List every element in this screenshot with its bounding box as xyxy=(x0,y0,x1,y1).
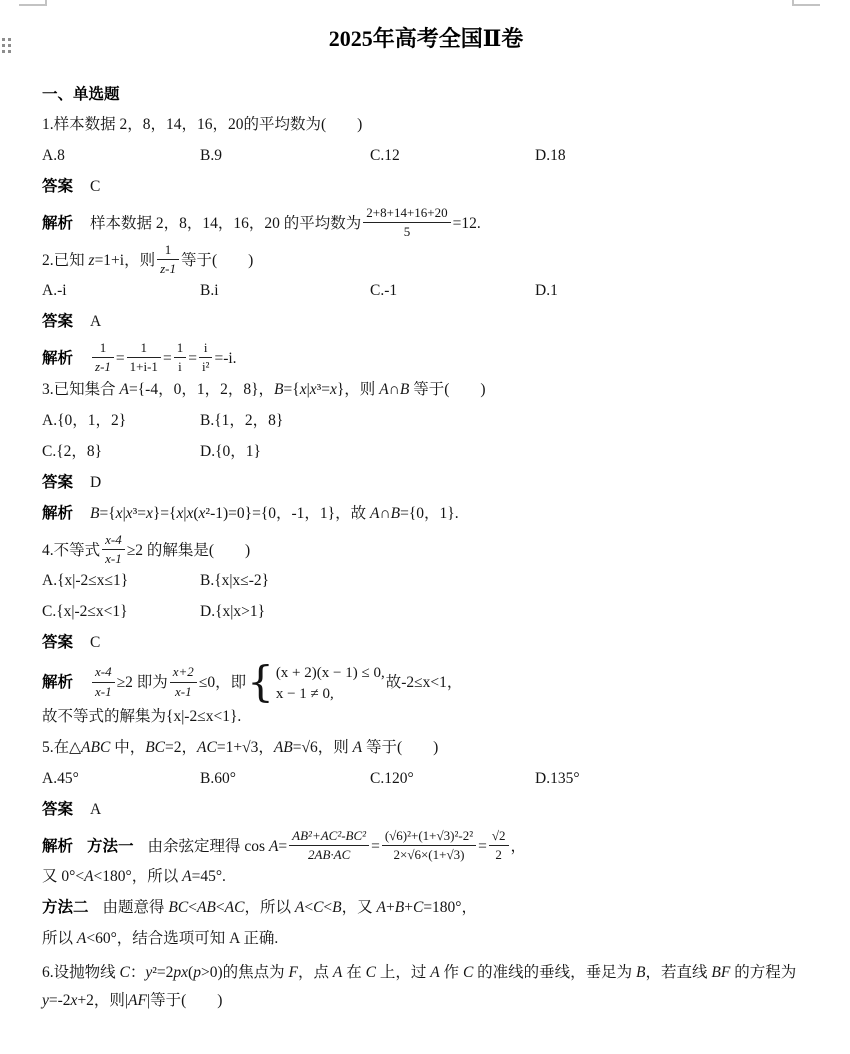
text-run: <60°，结合选项可知 A 正确. xyxy=(86,930,278,947)
text-run: ，又 xyxy=(342,899,377,916)
q1-answer: 答案C xyxy=(42,176,810,198)
text-run: <180°，所以 xyxy=(94,868,183,885)
q3-answer: 答案D xyxy=(42,472,810,494)
text-run: ={0，1}. xyxy=(400,505,459,522)
fraction-denominator: i² xyxy=(199,358,213,374)
analysis-text: 由余弦定理得 cos A= xyxy=(148,838,288,855)
text-run: x xyxy=(116,505,123,522)
text-run: }，则 xyxy=(337,381,379,398)
text-run: x xyxy=(300,381,307,398)
fraction-numerator: √2 xyxy=(489,828,509,846)
text-run: + xyxy=(386,899,395,916)
analysis-label: 解析 xyxy=(42,215,73,232)
text-run: A∩B xyxy=(370,505,400,522)
method2-label: 方法二 xyxy=(42,899,89,916)
fraction: 2+8+14+16+205 xyxy=(363,205,450,240)
text-run: 上，过 xyxy=(376,964,430,981)
text-run: AB xyxy=(197,899,216,916)
option-a: A.8 xyxy=(42,145,200,167)
option-d: D.{x|x>1} xyxy=(200,601,810,623)
analysis-text: 故-2≤x<1， xyxy=(386,674,463,691)
analysis-text: =12. xyxy=(453,215,481,232)
text-run: C xyxy=(313,899,323,916)
option-d: D.18 xyxy=(535,145,810,167)
fraction-numerator: AB²+AC²-BC² xyxy=(289,828,369,846)
q3-options-row1: A.{0，1，2} B.{1，2，8} xyxy=(42,410,810,432)
analysis-label: 解析 xyxy=(42,350,73,367)
text-run: A xyxy=(120,381,129,398)
stem-text: 4.不等式 xyxy=(42,542,100,559)
fraction: 1z-1 xyxy=(157,242,179,277)
text-run: 中， xyxy=(110,739,145,756)
fraction-numerator: i xyxy=(199,340,213,358)
text-run: + xyxy=(404,899,413,916)
fraction-numerator: (√6)²+(1+√3)²-2² xyxy=(382,828,476,846)
text-run: 6.设抛物线 xyxy=(42,964,120,981)
text-run: x xyxy=(310,381,317,398)
fraction-denominator: x-1 xyxy=(92,683,115,699)
text-run: ，点 xyxy=(298,964,333,981)
text-run: B xyxy=(274,381,283,398)
text-run: 等于( ) xyxy=(409,381,485,398)
text-run: }={ xyxy=(153,505,177,522)
answer-value: C xyxy=(90,178,100,195)
page-title: 2025年高考全国Ⅱ卷 xyxy=(42,24,810,54)
text-run: B xyxy=(332,899,341,916)
fraction-denominator: 2×√6×(1+√3) xyxy=(382,846,476,862)
answer-label: 答案 xyxy=(42,178,73,195)
answer-label: 答案 xyxy=(42,634,73,651)
answer-label: 答案 xyxy=(42,801,73,818)
text-run: ： xyxy=(130,964,146,981)
text-run: 作 xyxy=(440,964,463,981)
fraction-denominator: x-1 xyxy=(102,550,125,566)
fraction: 11+i-1 xyxy=(127,340,161,375)
text-run: =-2 xyxy=(49,992,71,1009)
text-run: 5.在△ xyxy=(42,739,81,756)
text-run: 3.已知集合 xyxy=(42,381,120,398)
analysis-text: B={x|x³=x}={x|x(x²-1)=0}={0，-1，1}，故 A∩B=… xyxy=(90,505,459,522)
text-run: A xyxy=(84,868,93,885)
q4-options-row1: A.{x|-2≤x≤1} B.{x|x≤-2} xyxy=(42,570,810,592)
text-run: |等于( ) xyxy=(147,992,222,1009)
option-b: B.9 xyxy=(200,145,370,167)
fraction: √22 xyxy=(489,828,509,863)
text-run: A xyxy=(353,739,362,756)
text-run: < xyxy=(188,899,197,916)
text-run: ，所以 xyxy=(244,899,294,916)
fraction-denominator: i xyxy=(174,358,187,374)
text-run: A xyxy=(182,868,191,885)
answer-label: 答案 xyxy=(42,313,73,330)
fraction-numerator: 1 xyxy=(174,340,187,358)
fraction-numerator: 1 xyxy=(127,340,161,358)
text-run: 由余弦定理得 cos xyxy=(148,838,269,855)
text-run: 又 0°< xyxy=(42,868,84,885)
text-run: ABC xyxy=(81,739,110,756)
equals-sign: = xyxy=(116,350,125,367)
text-run: A xyxy=(77,930,86,947)
q4-answer: 答案C xyxy=(42,632,810,654)
fraction: 1i xyxy=(174,340,187,375)
text-run: p xyxy=(193,964,201,981)
q4-analysis: 解析x-4x-1≥2 即为x+2x-1≤0，即{(x + 2)(x − 1) ≤… xyxy=(42,663,810,704)
equals-sign: = xyxy=(371,838,380,855)
q3-stem: 3.已知集合 A={-4，0，1，2，8}，B={x|x³=x}，则 A∩B 等… xyxy=(42,379,810,401)
analysis-text: ≥2 即为 xyxy=(117,674,168,691)
q4-analysis-line2: 故不等式的解集为{x|-2≤x<1}. xyxy=(42,706,810,728)
text-run: BC xyxy=(168,899,188,916)
text-run: C xyxy=(120,964,130,981)
q2-analysis: 解析1z-1=11+i-1=1i=ii²=-i. xyxy=(42,342,810,377)
text-run: B xyxy=(395,899,404,916)
text-run: x xyxy=(330,381,337,398)
text-run: ³= xyxy=(317,381,330,398)
option-d: D.{0，1} xyxy=(200,441,810,463)
text-run: < xyxy=(323,899,332,916)
fraction-denominator: 1+i-1 xyxy=(127,358,161,374)
fraction: (√6)²+(1+√3)²-2²2×√6×(1+√3) xyxy=(382,828,476,863)
text-run: 由题意得 xyxy=(103,899,169,916)
fraction: x-4x-1 xyxy=(92,664,115,699)
answer-value: A xyxy=(90,313,101,330)
text-run: =√6，则 xyxy=(293,739,353,756)
q2-stem: 2.已知 z=1+i，则1z-1等于( ) xyxy=(42,244,810,279)
answer-value: D xyxy=(90,474,101,491)
cropped-ui-fragment-left xyxy=(19,0,47,6)
equals-sign: = xyxy=(163,350,172,367)
answer-label: 答案 xyxy=(42,474,73,491)
text-run: =1+√3， xyxy=(217,739,274,756)
analysis-text: 由题意得 BC<AB<AC，所以 A<C<B，又 A+B+C=180°， xyxy=(103,899,478,916)
option-a: A.45° xyxy=(42,768,200,790)
case-row: x − 1 ≠ 0, xyxy=(276,684,385,704)
q5-analysis-method2-line2: 所以 A<60°，结合选项可知 A 正确. xyxy=(42,928,810,950)
fraction-numerator: x+2 xyxy=(170,664,197,682)
text-run: 2.已知 xyxy=(42,251,89,268)
option-a: A.{0，1，2} xyxy=(42,410,200,432)
option-a: A.{x|-2≤x≤1} xyxy=(42,570,200,592)
text-run: AC xyxy=(225,899,245,916)
option-a: A.-i xyxy=(42,280,200,302)
text-run: =2， xyxy=(165,739,197,756)
text-run: 的方程为 xyxy=(730,964,796,981)
text-run: AF xyxy=(128,992,147,1009)
text-run: =45°. xyxy=(192,868,226,885)
option-c: C.{2，8} xyxy=(42,441,200,463)
case-row: (x + 2)(x − 1) ≤ 0, xyxy=(276,663,385,683)
drag-handle-icon[interactable] xyxy=(2,38,11,53)
inequality-system: {(x + 2)(x − 1) ≤ 0,x − 1 ≠ 0, xyxy=(247,663,385,704)
text-run: A xyxy=(333,964,342,981)
fraction-denominator: 2AB·AC xyxy=(289,846,369,862)
answer-value: C xyxy=(90,634,100,651)
text-run: BF xyxy=(711,964,730,981)
fraction: x+2x-1 xyxy=(170,664,197,699)
q4-options-row2: C.{x|-2≤x<1} D.{x|x>1} xyxy=(42,601,810,623)
text-run: ²=2 xyxy=(152,964,173,981)
q5-stem: 5.在△ABC 中，BC=2，AC=1+√3，AB=√6，则 A 等于( ) xyxy=(42,737,810,759)
option-b: B.{1，2，8} xyxy=(200,410,810,432)
fraction: AB²+AC²-BC²2AB·AC xyxy=(289,828,369,863)
text-run: +2，则| xyxy=(77,992,128,1009)
q5-options: A.45° B.60° C.120° D.135° xyxy=(42,768,810,790)
fraction-denominator: x-1 xyxy=(170,683,197,699)
option-b: B.60° xyxy=(200,768,370,790)
q5-analysis-method1-line2: 又 0°<A<180°，所以 A=45°. xyxy=(42,866,810,888)
text-run: A xyxy=(377,899,386,916)
text-run: 的准线的垂线，垂足为 xyxy=(473,964,636,981)
text-run: =1+i，则 xyxy=(95,251,156,268)
q5-analysis-method2: 方法二由题意得 BC<AB<AC，所以 A<C<B，又 A+B+C=180°， xyxy=(42,897,810,919)
analysis-text: =-i. xyxy=(214,350,236,367)
text-run: 在 xyxy=(342,964,365,981)
option-d: D.135° xyxy=(535,768,810,790)
method1-label: 方法一 xyxy=(87,838,134,855)
text-run: ²-1)=0}={0，-1，1}，故 xyxy=(205,505,370,522)
q5-analysis-method1: 解析方法一由余弦定理得 cos A=AB²+AC²-BC²2AB·AC=(√6)… xyxy=(42,830,810,865)
option-c: C.-1 xyxy=(370,280,535,302)
fraction-numerator: x-4 xyxy=(92,664,115,682)
text-run: C xyxy=(366,964,376,981)
q3-options-row2: C.{2，8} D.{0，1} xyxy=(42,441,810,463)
option-c: C.12 xyxy=(370,145,535,167)
text-run: 所以 xyxy=(42,930,77,947)
analysis-label: 解析 xyxy=(42,505,73,522)
text-run: x xyxy=(126,505,133,522)
answer-value: A xyxy=(90,801,101,818)
exam-document: 2025年高考全国Ⅱ卷 一、单选题 1.样本数据 2，8，14，16，20的平均… xyxy=(0,0,850,1015)
text-run: B xyxy=(636,964,645,981)
fraction-numerator: 1 xyxy=(157,242,179,260)
fraction: x-4x-1 xyxy=(102,532,125,567)
text-run: < xyxy=(304,899,313,916)
fraction-numerator: x-4 xyxy=(102,532,125,550)
text-run: F xyxy=(289,964,298,981)
cropped-ui-fragment-right xyxy=(792,0,820,6)
text-run: ={-4，0，1，2，8}， xyxy=(129,381,274,398)
analysis-text: ≤0，即 xyxy=(199,674,246,691)
stem-text: 等于( ) xyxy=(181,251,253,268)
q1-analysis: 解析样本数据 2，8，14，16，20 的平均数为2+8+14+16+205=1… xyxy=(42,207,810,242)
text-run: BC xyxy=(145,739,165,756)
q5-answer: 答案A xyxy=(42,799,810,821)
fraction: 1z-1 xyxy=(92,340,114,375)
text-run: x xyxy=(146,505,153,522)
text-run: y xyxy=(42,992,49,1009)
equals-sign: = xyxy=(188,350,197,367)
fraction-numerator: 2+8+14+16+20 xyxy=(363,205,450,223)
stem-text: ≥2 的解集是( ) xyxy=(127,542,250,559)
q2-answer: 答案A xyxy=(42,311,810,333)
fraction: ii² xyxy=(199,340,213,375)
text-run: ，若直线 xyxy=(646,964,712,981)
option-c: C.{x|-2≤x<1} xyxy=(42,601,200,623)
q3-analysis: 解析B={x|x³=x}={x|x(x²-1)=0}={0，-1，1}，故 A∩… xyxy=(42,503,810,525)
analysis-label: 解析 xyxy=(42,838,73,855)
fraction-numerator: 1 xyxy=(92,340,114,358)
analysis-label: 解析 xyxy=(42,674,73,691)
text-run: A∩B xyxy=(379,381,409,398)
analysis-text: ， xyxy=(511,838,527,855)
equals-sign: = xyxy=(478,838,487,855)
text-run: C xyxy=(463,964,473,981)
q6-stem: 6.设抛物线 C：y²=2px(p>0)的焦点为 F，点 A 在 C 上，过 A… xyxy=(42,959,810,1015)
text-run: AB xyxy=(274,739,293,756)
option-c: C.120° xyxy=(370,768,535,790)
text-run: ={ xyxy=(284,381,300,398)
text-run: A xyxy=(269,838,278,855)
text-run: = xyxy=(278,838,287,855)
q1-stem: 1.样本数据 2，8，14，16，20的平均数为( ) xyxy=(42,114,810,136)
text-run: < xyxy=(216,899,225,916)
text-run: >0)的焦点为 xyxy=(201,964,289,981)
text-run: ={ xyxy=(99,505,115,522)
text-run: =180°， xyxy=(423,899,477,916)
fraction-denominator: 5 xyxy=(363,223,450,239)
left-brace: { xyxy=(247,664,274,700)
text-run: C xyxy=(413,899,423,916)
option-b: B.i xyxy=(200,280,370,302)
section-heading: 一、单选题 xyxy=(42,84,810,105)
fraction-denominator: 2 xyxy=(489,846,509,862)
text-run: A xyxy=(295,899,304,916)
q1-options: A.8 B.9 C.12 D.18 xyxy=(42,145,810,167)
analysis-text: 样本数据 2，8，14，16，20 的平均数为 xyxy=(90,215,361,232)
fraction-denominator: z-1 xyxy=(92,358,114,374)
q2-options: A.-i B.i C.-1 D.1 xyxy=(42,280,810,302)
text-run: A xyxy=(430,964,439,981)
option-d: D.1 xyxy=(535,280,810,302)
text-run: px xyxy=(173,964,188,981)
text-run: AC xyxy=(197,739,217,756)
option-b: B.{x|x≤-2} xyxy=(200,570,810,592)
stem-text: 2.已知 z=1+i，则 xyxy=(42,251,155,268)
text-run: 等于( ) xyxy=(362,739,438,756)
text-run: ³= xyxy=(133,505,146,522)
fraction-denominator: z-1 xyxy=(157,260,179,276)
q4-stem: 4.不等式x-4x-1≥2 的解集是( ) xyxy=(42,534,810,569)
